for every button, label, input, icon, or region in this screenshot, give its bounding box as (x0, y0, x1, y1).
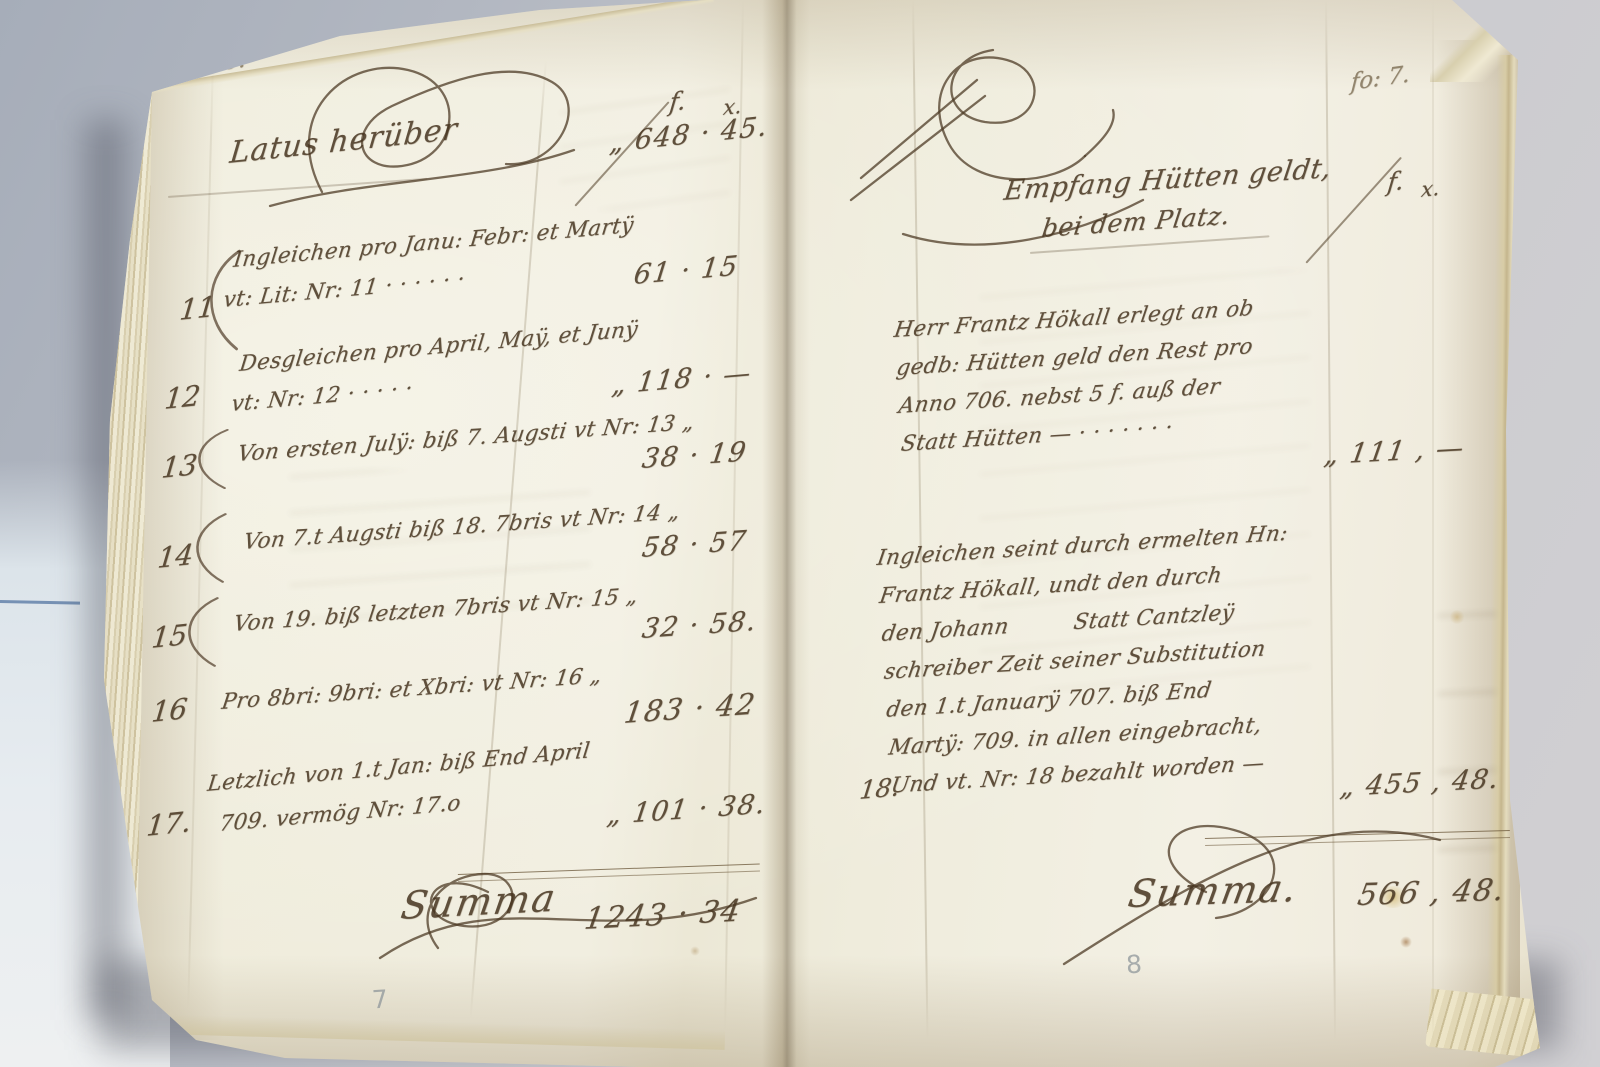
entry-number: 16 (150, 692, 189, 729)
entry-paren-flourish (184, 512, 230, 584)
entry-text-line: Letzlich von 1.t Jan: biß End April (206, 738, 592, 797)
open-ledger-book: fo: 6. Latus herüber f. x. „ 648 · 45. 1… (0, 0, 1600, 1067)
page-edge-bottom-left (165, 1014, 725, 1050)
manuscript-photo: fo: 6. Latus herüber f. x. „ 648 · 45. 1… (0, 0, 1600, 1067)
entry-text-line: 709. vermög Nr: 17.o (218, 791, 462, 837)
entry-number: 12 (163, 379, 202, 416)
entry-text-line: vt: Lit: Nr: 11 · · · · · · (222, 267, 466, 313)
entry-amount: „ 118 · — (610, 357, 754, 401)
entry-amount: 38 · 19 (640, 436, 749, 475)
folio-right: fo: 7. (1350, 61, 1411, 96)
entry-text-line: Ingleichen pro Janu: Febr: et Martÿ (232, 213, 635, 273)
entry-amount: 32 · 58. (640, 606, 759, 645)
paragraph-2-amount: „ 455 , 48. (1338, 763, 1502, 803)
entry-amount: „ 101 · 38. (605, 789, 768, 831)
pencil-folio-left: 7 (371, 984, 389, 1014)
entry-amount: 61 · 15 (632, 250, 740, 291)
column-header-kreuzer-right: x. (1420, 176, 1441, 202)
paragraph-1-amount: „ 111 , — (1322, 432, 1467, 471)
entry-text-line: vt: Nr: 12 · · · · · (230, 376, 414, 417)
summa-label-right: Summa. (1125, 866, 1302, 916)
summa-label-left: Summa (398, 875, 560, 928)
entry-text-line: Desgleichen pro April, Maÿ, et Junÿ (238, 317, 639, 377)
ink-stain (1449, 610, 1465, 624)
entry-text-line: Von 7.t Augsti biß 18. 7bris vt Nr: 14 „ (242, 499, 682, 555)
page-vignette-bottom (140, 955, 1540, 1067)
entry-text-line: Von 19. biß letzten 7bris vt Nr: 15 „ (232, 583, 640, 637)
entry-number: 17. (145, 805, 193, 843)
entry-text-line: Pro 8bri: 9bri: et Xbri: vt Nr: 16 „ (220, 663, 604, 715)
gutter-shadow (762, 0, 810, 1067)
paragraph-1: Herr Frantz Hökall erlegt an ob gedb: Hü… (893, 290, 1262, 464)
column-header-florin-left: f. (668, 86, 687, 117)
pencil-folio-right: 8 (1125, 950, 1142, 980)
paragraph-2: Ingleichen seint durch ermelten Hn: Fran… (876, 515, 1303, 806)
entry-text-line: Von ersten Julÿ: biß 7. Augsti vt Nr: 13… (236, 410, 696, 467)
entry-number: 18. (858, 772, 901, 805)
entry-amount: 183 · 42 (622, 686, 758, 730)
entry-paren-flourish (176, 596, 222, 668)
summa-amount-right: 566 , 48. (1355, 873, 1508, 913)
entry-paren-flourish (186, 428, 232, 490)
carry-amount: „ 648 · 45. (608, 111, 770, 159)
